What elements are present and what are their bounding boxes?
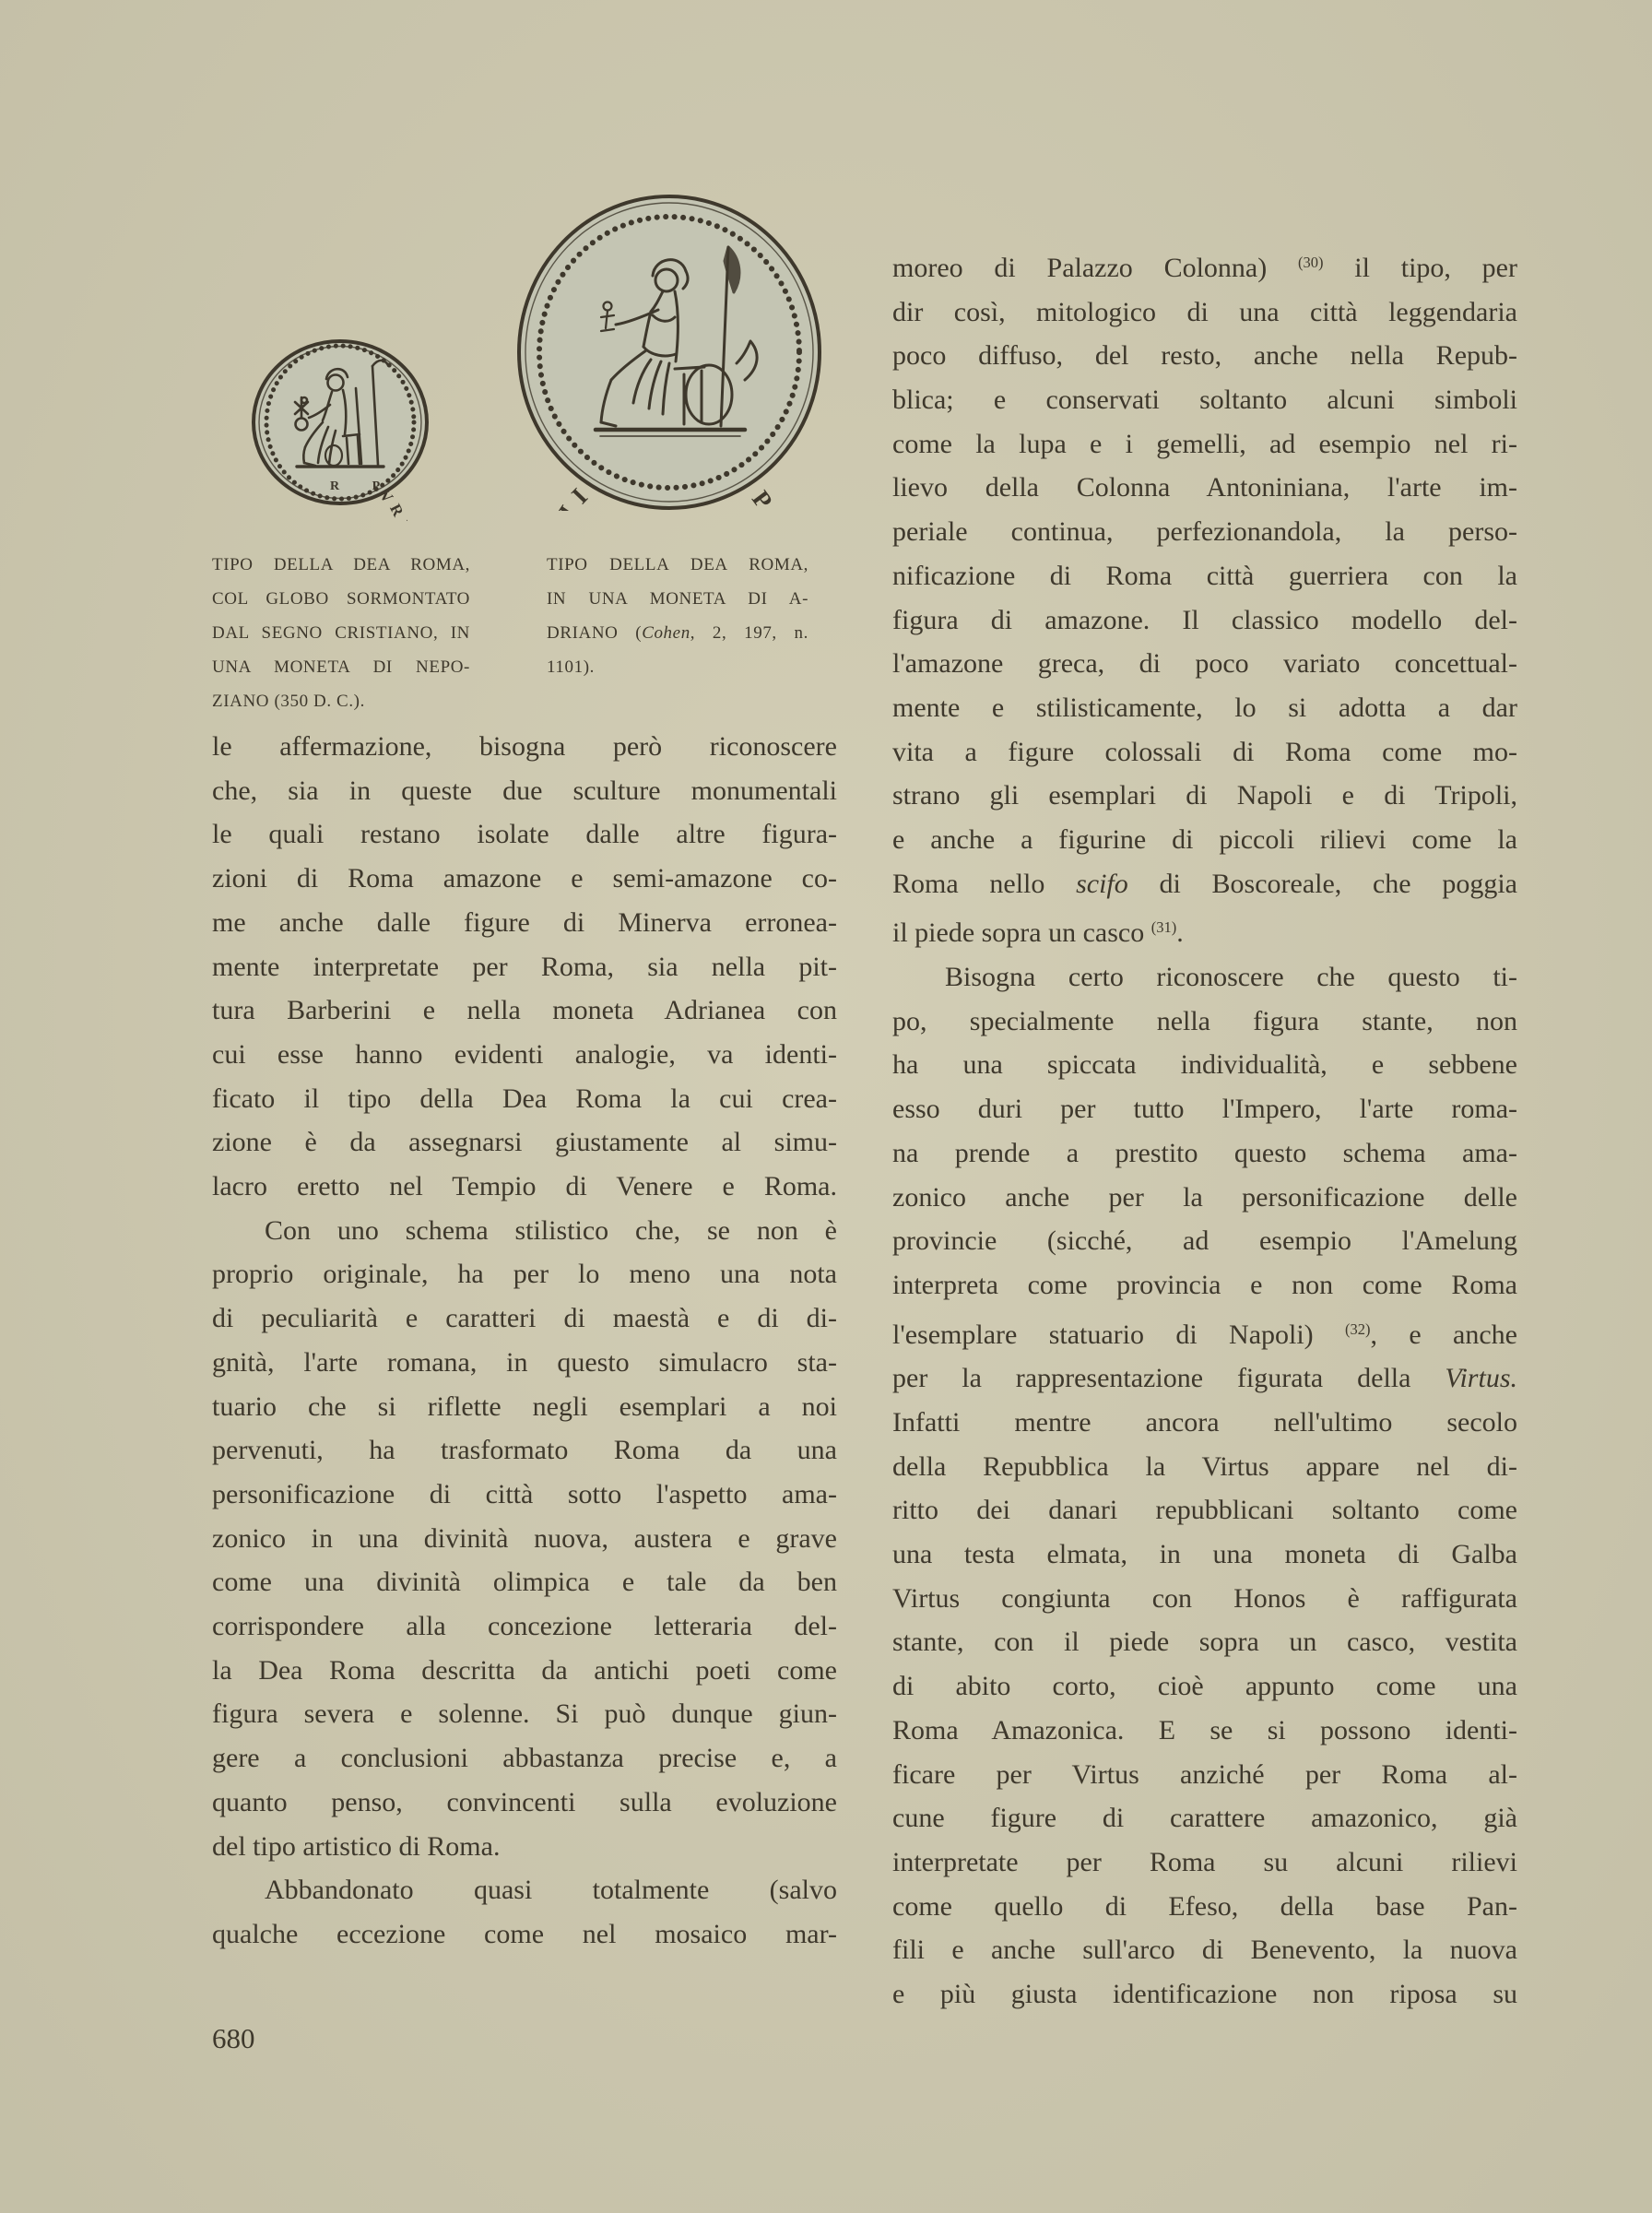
text-line: pervenuti, ha trasformato Roma da una xyxy=(212,1428,837,1473)
text-line: le quali restano isolate dalle altre fig… xyxy=(212,812,837,857)
text-line: zione è da assegnarsi giustamente al sim… xyxy=(212,1120,837,1165)
text-line: interpretate per Roma su alcuni rilievi xyxy=(892,1840,1517,1885)
text-line: personificazione di città sotto l'aspett… xyxy=(212,1473,837,1517)
text-line: moreo di Palazzo Colonna) (30) il tipo, … xyxy=(892,241,1517,290)
text-line: dir così, mitologico di una città leggen… xyxy=(892,290,1517,335)
text-column-left: le affermazione, bisogna però riconoscer… xyxy=(212,725,837,1957)
coin-rim xyxy=(519,196,820,508)
text-line: ZIANO (350 D. C.). xyxy=(212,684,470,718)
text-line: come una divinità olimpica e tale da ben xyxy=(212,1560,837,1604)
text-line: gere a conclusioni abbastanza precise e,… xyxy=(212,1736,837,1781)
text-line: mente e stilisticamente, lo si adotta a … xyxy=(892,686,1517,730)
text-line: COL GLOBO SORMONTATO xyxy=(212,582,470,616)
text-line: Con uno schema stilistico che, se non è xyxy=(212,1209,837,1253)
text-line: della Repubblica la Virtus appare nel di… xyxy=(892,1445,1517,1489)
text-line: di peculiarità e caratteri di maestà e d… xyxy=(212,1296,837,1341)
text-line: quanto penso, convincenti sulla evoluzio… xyxy=(212,1781,837,1825)
text-line: mente interpretate per Roma, sia nella p… xyxy=(212,945,837,989)
text-line: DAL SEGNO CRISTIANO, IN xyxy=(212,616,470,650)
text-line: proprio originale, ha per lo meno una no… xyxy=(212,1252,837,1296)
text-line: l'amazone greca, di poco variato concett… xyxy=(892,642,1517,686)
text-line: Abbandonato quasi totalmente (salvo xyxy=(212,1868,837,1912)
text-line: provincie (sicché, ad esempio l'Amelung xyxy=(892,1219,1517,1263)
text-line: na prende a prestito questo schema ama- xyxy=(892,1131,1517,1176)
text-line: l'esemplare statuario di Napoli) (32), e… xyxy=(892,1308,1517,1357)
text-line: blica; e conservati soltanto alcuni simb… xyxy=(892,378,1517,422)
coin-engraving-adriano: P M TR P C O S III xyxy=(513,188,826,511)
text-line: poco diffuso, del resto, anche nella Rep… xyxy=(892,334,1517,378)
text-line: esso duri per tutto l'Impero, l'arte rom… xyxy=(892,1087,1517,1131)
text-line: cune figure di carattere amazonico, già xyxy=(892,1796,1517,1840)
text-line: TIPO DELLA DEA ROMA, xyxy=(212,548,470,582)
text-line: ritto dei danari repubblicani soltanto c… xyxy=(892,1488,1517,1533)
text-line: interpreta come provincia e non come Rom… xyxy=(892,1263,1517,1308)
text-line: strano gli esemplari di Napoli e di Trip… xyxy=(892,774,1517,818)
caption-right-coin: TIPO DELLA DEA ROMA,IN UNA MONETA DI A-D… xyxy=(547,548,808,684)
text-line: Roma nello scifo di Boscoreale, che pogg… xyxy=(892,862,1517,906)
text-line: gnità, l'arte romana, in questo simulacr… xyxy=(212,1341,837,1385)
book-page: VRBS ROMA R P xyxy=(0,0,1652,2213)
text-line: la Dea Roma descritta da antichi poeti c… xyxy=(212,1649,837,1693)
text-line: e più giusta identificazione non riposa … xyxy=(892,1972,1517,2017)
text-line: qualche eccezione come nel mosaico mar- xyxy=(212,1912,837,1957)
text-line: 1101). xyxy=(547,650,808,684)
page-number: 680 xyxy=(212,2022,255,2055)
coin-engraving-nepoziano: VRBS ROMA R P xyxy=(243,327,437,521)
text-line: come quello di Efeso, della base Pan- xyxy=(892,1885,1517,1929)
text-line: tuario che si riflette negli esemplari a… xyxy=(212,1385,837,1429)
text-line: Virtus congiunta con Honos è raffigurata xyxy=(892,1577,1517,1621)
text-line: Infatti mentre ancora nell'ultimo secolo xyxy=(892,1401,1517,1445)
text-line: fili e anche sull'arco di Benevento, la … xyxy=(892,1928,1517,1972)
text-line: nificazione di Roma città guerriera con … xyxy=(892,554,1517,598)
text-line: periale continua, perfezionandola, la pe… xyxy=(892,510,1517,554)
text-line: corrispondere alla concezione letteraria… xyxy=(212,1604,837,1649)
text-line: il piede sopra un casco (31). xyxy=(892,905,1517,955)
text-line: ficare per Virtus anziché per Roma al- xyxy=(892,1753,1517,1797)
text-line: cui esse hanno evidenti analogie, va ide… xyxy=(212,1033,837,1077)
text-line: DRIANO (Cohen, 2, 197, n. xyxy=(547,616,808,650)
text-line: UNA MONETA DI NEPO- xyxy=(212,650,470,684)
text-line: lievo della Colonna Antoniniana, l'arte … xyxy=(892,466,1517,510)
text-line: che, sia in queste due sculture monument… xyxy=(212,769,837,813)
text-line: IN UNA MONETA DI A- xyxy=(547,582,808,616)
text-line: figura severa e solenne. Si può dunque g… xyxy=(212,1692,837,1736)
text-line: Roma Amazonica. E se si possono identi- xyxy=(892,1709,1517,1753)
text-line: di abito corto, cioè appunto come una xyxy=(892,1664,1517,1709)
coin-exergue: R P xyxy=(330,479,395,493)
text-line: come la lupa e i gemelli, ad esempio nel… xyxy=(892,422,1517,467)
text-line: TIPO DELLA DEA ROMA, xyxy=(547,548,808,582)
text-line: una testa elmata, in una moneta di Galba xyxy=(892,1533,1517,1577)
text-line: ficato il tipo della Dea Roma la cui cre… xyxy=(212,1077,837,1121)
caption-left-coin: TIPO DELLA DEA ROMA,COL GLOBO SORMONTATO… xyxy=(212,548,470,718)
text-line: ha una spiccata individualità, e sebbene xyxy=(892,1043,1517,1087)
text-column-right: moreo di Palazzo Colonna) (30) il tipo, … xyxy=(892,241,1517,2017)
text-line: zonico in una divinità nuova, austera e … xyxy=(212,1517,837,1561)
text-line: del tipo artistico di Roma. xyxy=(212,1825,837,1869)
text-line: vita a figure colossali di Roma come mo- xyxy=(892,730,1517,775)
text-line: figura di amazone. Il classico modello d… xyxy=(892,598,1517,643)
text-line: e anche a figurine di piccoli rilievi co… xyxy=(892,818,1517,862)
text-line: tura Barberini e nella moneta Adrianea c… xyxy=(212,988,837,1033)
text-line: zonico anche per la personificazione del… xyxy=(892,1176,1517,1220)
text-line: per la rappresentazione figurata della V… xyxy=(892,1356,1517,1401)
text-line: po, specialmente nella figura stante, no… xyxy=(892,1000,1517,1044)
text-line: lacro eretto nel Tempio di Venere e Roma… xyxy=(212,1165,837,1209)
text-line: stante, con il piede sopra un casco, ves… xyxy=(892,1620,1517,1664)
text-line: me anche dalle figure di Minerva erronea… xyxy=(212,901,837,945)
text-line: le affermazione, bisogna però riconoscer… xyxy=(212,725,837,769)
text-line: zioni di Roma amazone e semi-amazone co- xyxy=(212,857,837,901)
text-line: Bisogna certo riconoscere che questo ti- xyxy=(892,955,1517,1000)
